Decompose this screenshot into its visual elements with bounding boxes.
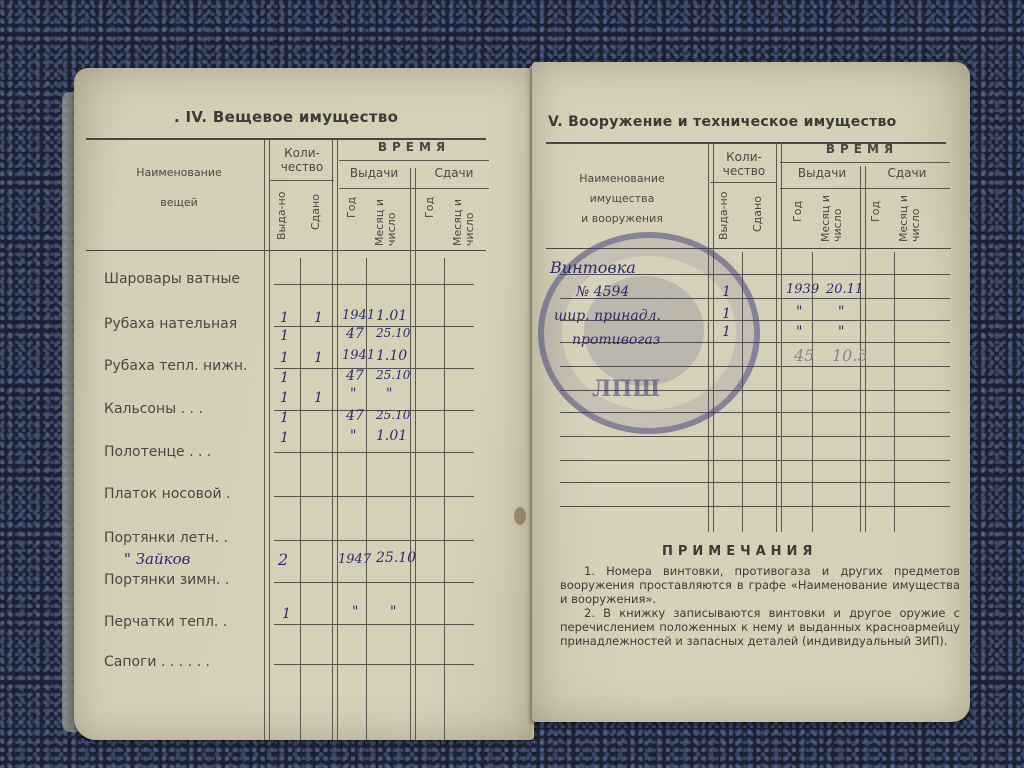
hw-issued: 1 xyxy=(722,324,731,340)
hw-issued: 1 xyxy=(280,310,289,326)
header-return-year: Год xyxy=(424,197,436,218)
hw-date: " xyxy=(386,386,392,402)
item-6: Портянки летн. . xyxy=(104,530,228,546)
hw-year: 1941 xyxy=(342,348,375,363)
hw-issued: 2 xyxy=(278,550,288,569)
header-name-line1: Наименование xyxy=(552,172,692,186)
hw-year: 47 xyxy=(346,326,364,342)
hw-issued: 1 xyxy=(282,606,291,622)
hw-date: 25.10 xyxy=(376,408,410,422)
notes: 1. Номера винтовки, противогаза и других… xyxy=(560,564,960,648)
header-issued-count: Выда-но xyxy=(276,192,288,240)
section-title-iv: . IV. Вещевое имущество xyxy=(174,108,398,126)
header-issue-year: Год xyxy=(346,197,358,218)
hw-issued: 1 xyxy=(722,284,731,300)
header-quantity: Коли- чество xyxy=(272,146,332,174)
hw-year: " xyxy=(350,386,356,402)
header-return-year: Год xyxy=(870,201,882,222)
header-issue-date: Месяц и число xyxy=(820,172,844,242)
hw-date: 25.10 xyxy=(376,326,410,340)
hw-item-name: Винтовка xyxy=(550,258,636,277)
hw-year: 1939 xyxy=(786,282,819,297)
hw-item-name: № 4594 xyxy=(576,284,629,300)
item-2: Рубаха тепл. нижн. xyxy=(104,358,248,374)
header-rule xyxy=(86,250,486,254)
hw-issued: 1 xyxy=(722,306,731,322)
hw-year: " xyxy=(350,428,356,444)
notes-title: ПРИМЕЧАНИЯ xyxy=(662,544,817,559)
item-5: Платок носовой . xyxy=(104,486,230,502)
item-7: Портянки зимн. . xyxy=(104,572,229,588)
hw-year: 47 xyxy=(346,408,364,424)
hw-date: " xyxy=(838,324,844,340)
header-time: ВРЕМЯ xyxy=(344,140,484,154)
header-issued-count: Выда-но xyxy=(718,192,730,240)
header-name-line2: имущества xyxy=(552,192,692,206)
hw-date: 25.10 xyxy=(376,550,416,566)
right-page: V. Вооружение и техническое имущество На… xyxy=(532,62,970,722)
hw-date: 1.01 xyxy=(376,308,407,324)
header-issue-date: Месяц и число xyxy=(374,176,398,246)
hw-date: 1.10 xyxy=(376,348,407,364)
item-4: Полотенце . . . xyxy=(104,444,211,460)
hw-date: " xyxy=(838,304,844,320)
header-name-line3: и вооружения xyxy=(552,212,692,226)
stain xyxy=(514,507,526,525)
hw-date: " xyxy=(390,604,396,620)
hw-year: 1947 xyxy=(338,552,371,567)
section-title-v: V. Вооружение и техническое имущество xyxy=(548,114,897,130)
hw-issued: 1 xyxy=(280,390,289,406)
hw-date: 1.01 xyxy=(376,428,407,444)
header-name-line2: вещей xyxy=(94,196,264,210)
header-return-date: Месяц и число xyxy=(898,172,922,242)
hw-item-name: противогаз xyxy=(572,332,660,348)
hw-date: 20.11 xyxy=(826,282,863,297)
hw-faint-date: 10.5 xyxy=(832,346,868,365)
hw-year: " xyxy=(796,304,802,320)
header-quantity: Коли- чество xyxy=(714,150,774,178)
hw-issued: 1 xyxy=(280,410,289,426)
item-1: Рубаха нательная xyxy=(104,316,237,332)
hw-year: 47 xyxy=(346,368,364,384)
hw-returned: 1 xyxy=(314,390,323,406)
hw-note: " Зайков xyxy=(124,550,190,568)
hw-item-name: шир. принадл. xyxy=(554,308,661,324)
hw-year: 1941 xyxy=(342,308,375,323)
header-return-date: Месяц и число xyxy=(452,176,476,246)
hw-returned: 1 xyxy=(314,310,323,326)
hw-issued: 1 xyxy=(280,370,289,386)
item-8: Перчатки тепл. . xyxy=(104,614,227,630)
note-2: 2. В книжку записываются винтовки и друг… xyxy=(560,606,960,648)
hw-issued: 1 xyxy=(280,328,289,344)
left-page: . IV. Вещевое имущество Наименование вещ… xyxy=(74,68,534,740)
header-returned-count: Сдано xyxy=(310,194,322,230)
hw-issued: 1 xyxy=(280,430,289,446)
header-issue-year: Год xyxy=(792,201,804,222)
hw-issued: 1 xyxy=(280,350,289,366)
hw-faint-year: 45 xyxy=(794,346,814,365)
header-name-line1: Наименование xyxy=(94,166,264,180)
header-returned-count: Сдано xyxy=(752,196,764,232)
hw-year: " xyxy=(352,604,358,620)
stamp-text: ЛПШ xyxy=(592,376,660,402)
item-0: Шаровары ватные xyxy=(104,271,240,287)
hw-returned: 1 xyxy=(314,350,323,366)
hw-date: 25.10 xyxy=(376,368,410,382)
item-9: Сапоги . . . . . . xyxy=(104,654,210,670)
military-booklet: . IV. Вещевое имущество Наименование вещ… xyxy=(62,62,977,750)
header-time: ВРЕМЯ xyxy=(782,142,942,156)
hw-year: " xyxy=(796,324,802,340)
note-1: 1. Номера винтовки, противогаза и других… xyxy=(560,564,960,606)
item-3: Кальсоны . . . xyxy=(104,401,203,417)
